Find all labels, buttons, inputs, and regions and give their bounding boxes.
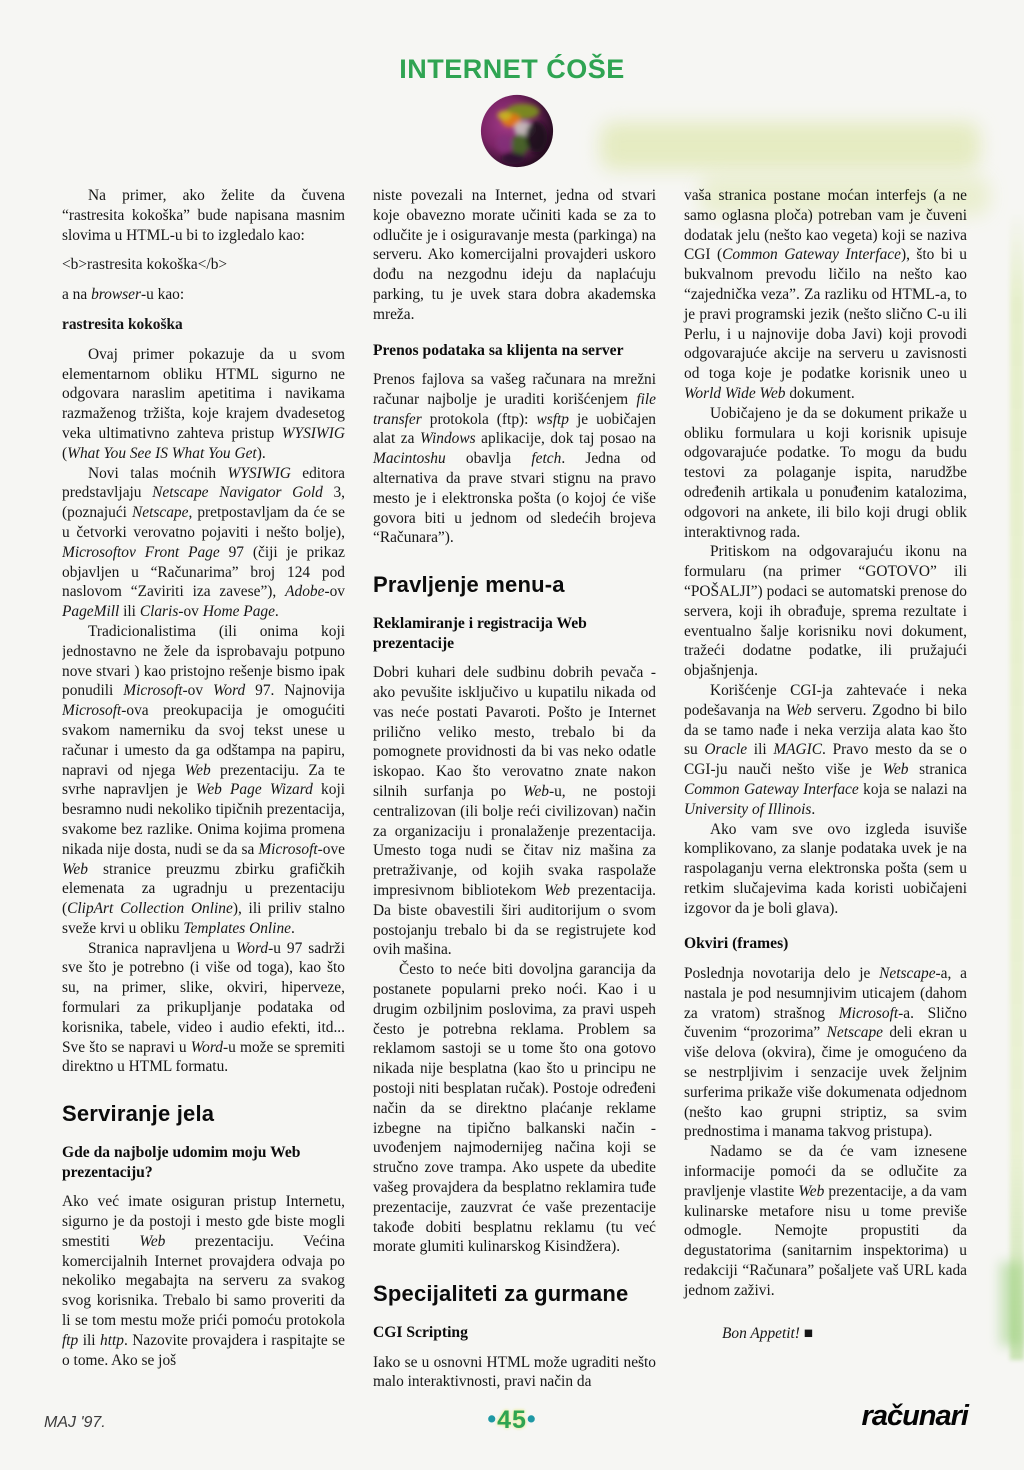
bleed-through-strip — [1010, 210, 1024, 1360]
column-1: Na primer, ako želite da čuvena “rastres… — [62, 186, 345, 1398]
masthead: INTERNET ĆOŠE — [0, 54, 1024, 85]
example-line: a na browser-u kao: — [62, 285, 345, 305]
paragraph: Iako se u osnovni HTML može ugraditi neš… — [373, 1353, 656, 1393]
paragraph: Ako već imate osiguran pristup Internetu… — [62, 1192, 345, 1370]
sub-heading: Okviri (frames) — [684, 934, 967, 953]
bleed-through-corner — [1000, 1262, 1024, 1346]
sub-heading: Reklamiranje i registracija Web prezenta… — [373, 614, 656, 653]
globe-image — [478, 92, 556, 170]
page-number-dot: • — [487, 1405, 497, 1433]
paragraph: Dobri kuhari dele sudbinu dobrih pevača … — [373, 663, 656, 960]
paragraph: Ovaj primer pokazuje da u svom elementar… — [62, 345, 345, 464]
page-number-value: 45 — [497, 1406, 527, 1434]
bleed-through-ghost — [600, 122, 980, 170]
page-number-dot: • — [527, 1405, 537, 1433]
sub-heading: Prenos podataka sa klijenta na server — [373, 341, 656, 360]
paragraph: Stranica napravljena u Word-u 97 sadrži … — [62, 939, 345, 1078]
paragraph: Tradicionalistima (ili onima koji jednos… — [62, 622, 345, 939]
magazine-page: INTERNET ĆOŠE — [0, 0, 1024, 1470]
section-heading: Pravljenje menu-a — [373, 572, 656, 598]
paragraph: Korišćenje CGI-ja zahtevaće i neka podeš… — [684, 681, 967, 820]
sub-heading: CGI Scripting — [373, 1323, 656, 1342]
section-heading: Specijaliteti za gurmane — [373, 1281, 656, 1307]
globe-icon — [478, 92, 556, 170]
paragraph: Prenos fajlova sa vašeg računara na mrež… — [373, 370, 656, 548]
page-title: INTERNET ĆOŠE — [0, 54, 1024, 85]
example-line: rastresita kokoška — [62, 315, 345, 335]
paragraph: Novi talas moćnih WYSIWIG editora predst… — [62, 464, 345, 622]
signoff: Bon Appetit! ■ — [722, 1325, 967, 1343]
sub-heading: Gde da najbolje udomim moju Web prezenta… — [62, 1143, 345, 1182]
paragraph: Pritiskom na odgovarajuću ikonu na formu… — [684, 542, 967, 681]
section-heading: Serviranje jela — [62, 1101, 345, 1127]
paragraph: Uobičajeno je da se dokument prikaže u o… — [684, 404, 967, 543]
inline-code-example: <b>rastresita kokoška</b> — [62, 255, 345, 275]
paragraph: niste povezali na Internet, jedna od stv… — [373, 186, 656, 325]
paragraph: vaša stranica postane moćan interfejs (a… — [684, 186, 967, 404]
article-body: Na primer, ako želite da čuvena “rastres… — [62, 186, 968, 1398]
column-3: vaša stranica postane moćan interfejs (a… — [684, 186, 967, 1398]
paragraph: Nadamo se da će vam iznesene informacije… — [684, 1142, 967, 1300]
paragraph: Ako vam sve ovo izgleda isuviše kompliko… — [684, 820, 967, 919]
paragraph: Na primer, ako želite da čuvena “rastres… — [62, 186, 345, 245]
paragraph: Poslednja novotarija delo je Netscape-a,… — [684, 964, 967, 1142]
column-2: niste povezali na Internet, jedna od stv… — [373, 186, 656, 1398]
magazine-logo: računari — [862, 1400, 968, 1433]
paragraph: Često to neće biti dovoljna garancija da… — [373, 960, 656, 1257]
